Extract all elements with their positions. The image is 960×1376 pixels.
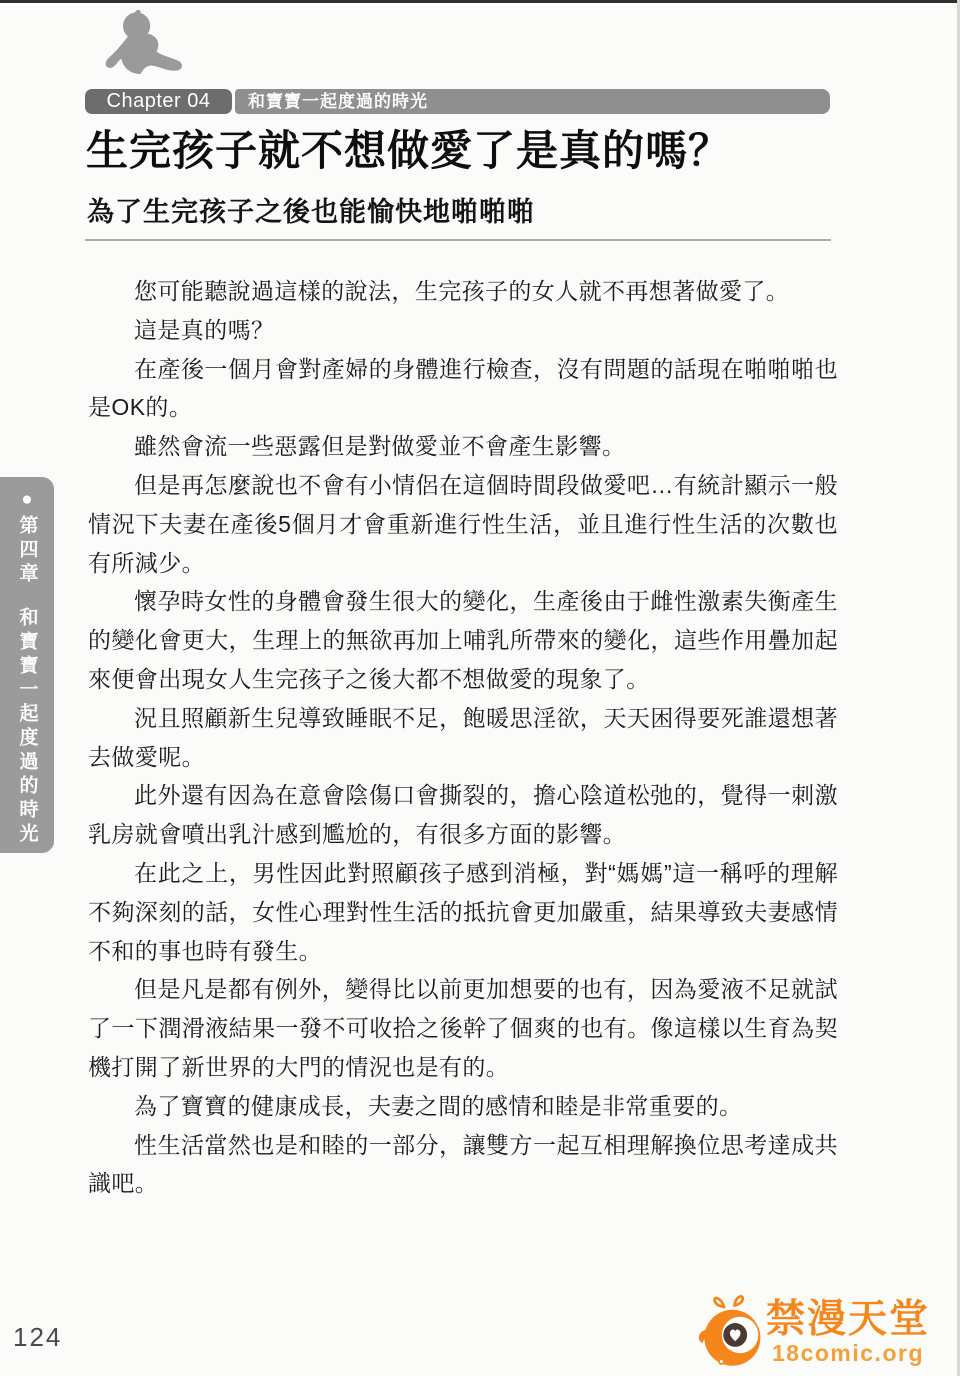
chapter-side-tab: ●第四章和寶寶一起度過的時光 (0, 477, 54, 853)
paragraph: 在此之上，男性因此對照顧孩子感到消極，對“媽媽”這一稱呼的理解不夠深刻的話，女性… (88, 854, 838, 970)
watermark-site-name: 禁漫天堂 (766, 1300, 930, 1339)
chapter-number-box: Chapter 04 (85, 89, 232, 114)
watermark-text: 禁漫天堂 18comic.org (766, 1300, 930, 1365)
page-title: 生完孩子就不想做愛了是真的嗎？ (86, 124, 886, 179)
paragraph: 但是凡是都有例外，變得比以前更加想要的也有，因為愛液不足就試了一下潤滑液結果一發… (88, 970, 838, 1086)
side-tab-chapter: ●第四章 (17, 489, 38, 587)
paragraph: 這是真的嗎？ (88, 311, 838, 350)
scanned-book-page: Chapter 04 和寶寶一起度過的時光 生完孩子就不想做愛了是真的嗎？ 為了… (0, 0, 960, 1376)
orange-whale-mascot-icon (696, 1286, 766, 1372)
article-body: 您可能聽說過這樣的說法，生完孩子的女人就不再想著做愛了。 這是真的嗎？ 在產後一… (88, 272, 838, 1203)
title-divider (85, 239, 831, 241)
page-number: 124 (13, 1322, 62, 1353)
paragraph: 您可能聽說過這樣的說法，生完孩子的女人就不再想著做愛了。 (88, 272, 838, 311)
paragraph: 在產後一個月會對產婦的身體進行檢查，沒有問題的話現在啪啪啪也是OK的。 (88, 350, 838, 428)
side-tab-title: 和寶寶一起度過的時光 (17, 607, 38, 847)
paragraph: 懷孕時女性的身體會發生很大的變化，生產後由于雌性激素失衡產生的變化會更大，生理上… (88, 582, 838, 698)
paragraph: 性生活當然也是和睦的一部分，讓雙方一起互相理解換位思考達成共識吧。 (88, 1126, 838, 1204)
chapter-title-bar: 和寶寶一起度過的時光 (235, 89, 830, 114)
paragraph: 但是再怎麼說也不會有小情侶在這個時間段做愛吧…有統計顯示一般情況下夫妻在產後5個… (88, 466, 838, 582)
paragraph: 此外還有因為在意會陰傷口會撕裂的，擔心陰道松弛的，覺得一刺激乳房就會噴出乳汁感到… (88, 776, 838, 854)
paragraph: 為了寶寶的健康成長，夫妻之間的感情和睦是非常重要的。 (88, 1087, 838, 1126)
page-subtitle: 為了生完孩子之後也能愉快地啪啪啪 (87, 190, 847, 229)
chapter-header-bar: Chapter 04 和寶寶一起度過的時光 (85, 89, 830, 114)
crawling-baby-icon (92, 10, 202, 90)
watermark-site-url: 18comic.org (766, 1342, 930, 1365)
paragraph: 雖然會流一些惡露但是對做愛並不會產生影響。 (88, 427, 838, 466)
scan-edge-top (0, 0, 960, 3)
site-watermark: 禁漫天堂 18comic.org (696, 1284, 936, 1374)
side-tab-vertical-text: ●第四章和寶寶一起度過的時光 (14, 477, 41, 853)
paragraph: 況且照顧新生兒導致睡眠不足，飽暖思淫欲，天天困得要死誰還想著去做愛呢。 (88, 699, 838, 777)
